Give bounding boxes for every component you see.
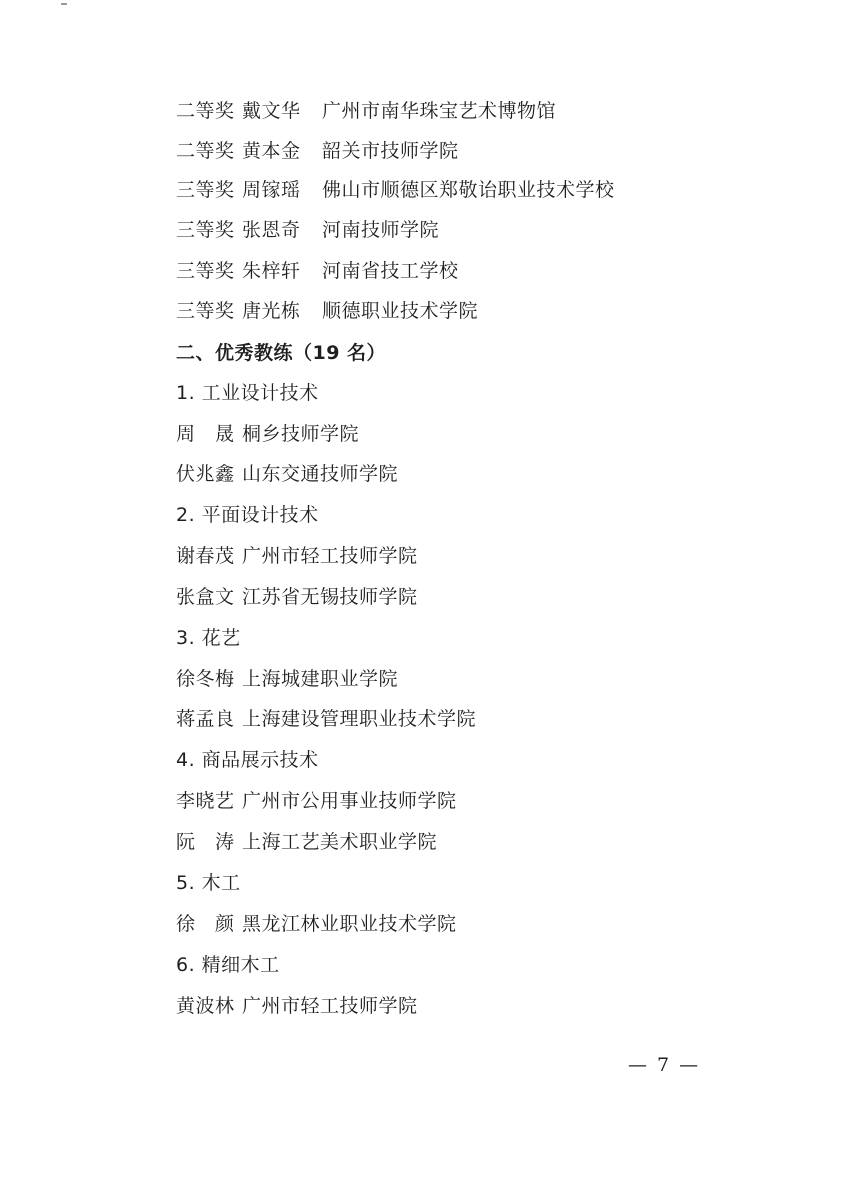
coach-org: 上海建设管理职业技术学院 xyxy=(242,708,476,730)
winner-name: 唐光栋 xyxy=(242,296,322,326)
award-level: 三等奖 xyxy=(176,296,242,326)
coach-name: 周 晟 xyxy=(176,419,242,449)
winner-name: 戴文华 xyxy=(242,96,322,126)
coach-row: 徐 颜黑龙江林业职业技术学院 xyxy=(176,909,457,939)
winner-name: 黄本金 xyxy=(242,136,322,166)
document-page: 二等奖戴文华广州市南华珠宝艺术博物馆 二等奖黄本金韶关市技师学院 三等奖周镓瑶佛… xyxy=(0,0,848,1200)
coach-name: 阮 涛 xyxy=(176,827,242,857)
coach-org: 桐乡技师学院 xyxy=(242,423,359,445)
coach-org: 江苏省无锡技师学院 xyxy=(242,586,418,608)
coach-name: 伏兆鑫 xyxy=(176,459,242,489)
award-row: 三等奖唐光栋顺德职业技术学院 xyxy=(176,296,478,326)
coach-name: 谢春茂 xyxy=(176,541,242,571)
award-row: 三等奖张恩奇河南技师学院 xyxy=(176,215,439,245)
coach-row: 伏兆鑫山东交通技师学院 xyxy=(176,459,398,489)
coach-name: 李晓艺 xyxy=(176,786,242,816)
section-heading: 二、优秀教练（19 名） xyxy=(176,338,386,368)
winner-org: 广州市南华珠宝艺术博物馆 xyxy=(322,100,556,122)
coach-row: 阮 涛上海工艺美术职业学院 xyxy=(176,827,437,857)
award-row: 三等奖朱梓轩河南省技工学校 xyxy=(176,256,459,286)
coach-org: 广州市轻工技师学院 xyxy=(242,995,418,1017)
coach-name: 黄波林 xyxy=(176,991,242,1021)
coach-name: 徐 颜 xyxy=(176,909,242,939)
page-number: — 7 — xyxy=(628,1054,700,1076)
category-title: 1. 工业设计技术 xyxy=(176,378,319,408)
coach-name: 徐冬梅 xyxy=(176,664,242,694)
coach-row: 周 晟桐乡技师学院 xyxy=(176,419,359,449)
category-title: 5. 木工 xyxy=(176,868,241,898)
award-row: 二等奖戴文华广州市南华珠宝艺术博物馆 xyxy=(176,96,556,126)
award-level: 三等奖 xyxy=(176,256,242,286)
coach-org: 广州市公用事业技师学院 xyxy=(242,790,457,812)
winner-org: 顺德职业技术学院 xyxy=(322,300,478,322)
coach-row: 李晓艺广州市公用事业技师学院 xyxy=(176,786,457,816)
award-row: 二等奖黄本金韶关市技师学院 xyxy=(176,136,459,166)
category-title: 6. 精细木工 xyxy=(176,950,280,980)
winner-org: 河南省技工学校 xyxy=(322,260,459,282)
winner-name: 朱梓轩 xyxy=(242,256,322,286)
coach-org: 上海城建职业学院 xyxy=(242,668,398,690)
award-level: 三等奖 xyxy=(176,215,242,245)
category-title: 2. 平面设计技术 xyxy=(176,500,319,530)
coach-org: 山东交通技师学院 xyxy=(242,463,398,485)
coach-name: 蒋孟良 xyxy=(176,704,242,734)
coach-row: 蒋孟良上海建设管理职业技术学院 xyxy=(176,704,476,734)
winner-name: 周镓瑶 xyxy=(242,175,322,205)
coach-row: 徐冬梅上海城建职业学院 xyxy=(176,664,398,694)
category-title: 4. 商品展示技术 xyxy=(176,745,319,775)
coach-org: 黑龙江林业职业技术学院 xyxy=(242,913,457,935)
award-level: 二等奖 xyxy=(176,96,242,126)
award-level: 三等奖 xyxy=(176,175,242,205)
winner-org: 韶关市技师学院 xyxy=(322,140,459,162)
coach-row: 张盒文江苏省无锡技师学院 xyxy=(176,582,418,612)
coach-org: 广州市轻工技师学院 xyxy=(242,545,418,567)
winner-org: 佛山市顺德区郑敬诒职业技术学校 xyxy=(322,179,615,201)
coach-row: 黄波林广州市轻工技师学院 xyxy=(176,991,418,1021)
coach-name: 张盒文 xyxy=(176,582,242,612)
award-row: 三等奖周镓瑶佛山市顺德区郑敬诒职业技术学校 xyxy=(176,175,615,205)
winner-org: 河南技师学院 xyxy=(322,219,439,241)
award-level: 二等奖 xyxy=(176,136,242,166)
scan-mark xyxy=(61,3,67,5)
coach-org: 上海工艺美术职业学院 xyxy=(242,831,437,853)
winner-name: 张恩奇 xyxy=(242,215,322,245)
category-title: 3. 花艺 xyxy=(176,623,241,653)
coach-row: 谢春茂广州市轻工技师学院 xyxy=(176,541,418,571)
